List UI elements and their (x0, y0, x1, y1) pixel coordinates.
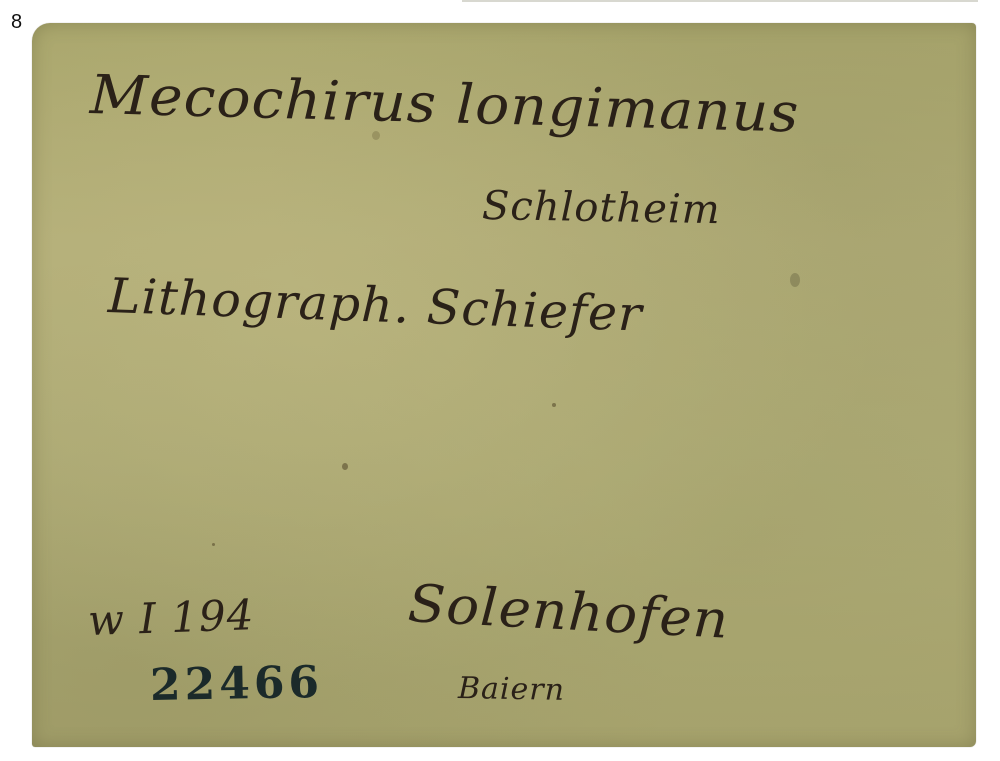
paper-speck (212, 543, 215, 546)
catalog-number: 22466 (150, 661, 324, 708)
paper-speck (552, 403, 556, 407)
paper-speck (790, 273, 800, 287)
taxon-author: Schlotheim (482, 186, 721, 230)
paper-speck (342, 463, 348, 470)
locality: Solenhofen (407, 578, 731, 647)
figure-number: 8 (11, 12, 22, 32)
region: Baiern (458, 674, 565, 706)
background-edge (462, 0, 978, 2)
inventory-mark: w I 194 (87, 594, 255, 642)
